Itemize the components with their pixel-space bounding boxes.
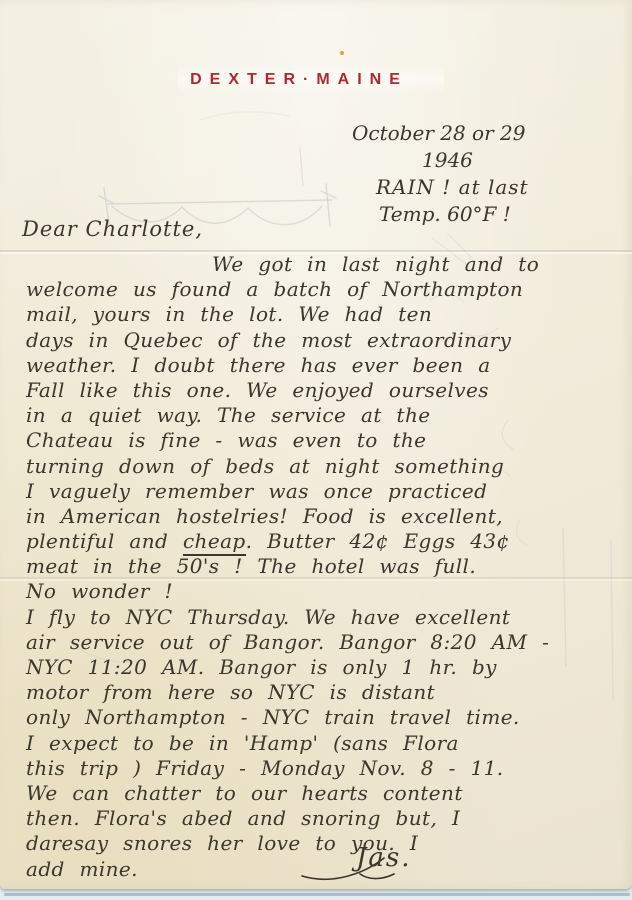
date-block: October 28 or 29 1946 RAIN ! at last Tem… bbox=[352, 120, 529, 228]
body-line: only Northampton - NYC train travel time… bbox=[26, 705, 622, 730]
body-line: We can chatter to our hearts content bbox=[26, 781, 622, 806]
paper-speck bbox=[340, 51, 344, 55]
date-line-1: October 28 or 29 bbox=[352, 120, 529, 147]
body-line: mail, yours in the lot. We had ten bbox=[26, 302, 622, 327]
body-line: Chateau is fine - was even to the bbox=[26, 428, 622, 453]
letter-body: We got in last night and to welcome us f… bbox=[26, 252, 622, 882]
letter-paper: DEXTER·MAINE October 28 or 29 1946 RAIN … bbox=[0, 0, 632, 889]
body-line: No wonder ! bbox=[26, 579, 622, 604]
scanned-letter: DEXTER·MAINE October 28 or 29 1946 RAIN … bbox=[0, 0, 632, 900]
salutation: Dear Charlotte, bbox=[22, 217, 203, 241]
temperature-note: Temp. 60°F ! bbox=[379, 201, 529, 228]
body-line: in American hostelries! Food is excellen… bbox=[26, 504, 622, 529]
body-line: then. Flora's abed and snoring but, I bbox=[26, 806, 622, 831]
underlined-word: cheap bbox=[183, 529, 246, 556]
body-line: add mine. bbox=[26, 857, 622, 882]
body-line: daresay snores her love to you. I bbox=[26, 831, 622, 856]
body-line: I fly to NYC Thursday. We have excellent bbox=[26, 605, 622, 630]
body-line: days in Quebec of the most extraordinary bbox=[26, 328, 622, 353]
body-line-cheap: plentiful and cheap. Butter 42¢ Eggs 43¢ bbox=[26, 529, 622, 554]
date-line-2: 1946 bbox=[422, 147, 529, 174]
body-line: this trip ) Friday - Monday Nov. 8 - 11. bbox=[26, 756, 622, 781]
body-line: turning down of beds at night something bbox=[26, 454, 622, 479]
letterhead-text: DEXTER·MAINE bbox=[0, 71, 632, 89]
body-line: in a quiet way. The service at the bbox=[26, 403, 622, 428]
body-line: welcome us found a batch of Northampton bbox=[26, 277, 622, 302]
body-line: I vaguely remember was once practiced bbox=[26, 479, 622, 504]
body-line: meat in the 50's ! The hotel was full. bbox=[26, 554, 622, 579]
background-table-edge bbox=[4, 893, 630, 896]
cheap-line-pre: plentiful and bbox=[26, 529, 183, 553]
body-line: motor from here so NYC is distant bbox=[26, 680, 622, 705]
weather-note: RAIN ! at last bbox=[376, 174, 529, 201]
body-line: weather. I doubt there has ever been a bbox=[26, 353, 622, 378]
signature: Jas. bbox=[356, 843, 412, 873]
body-line: Fall like this one. We enjoyed ourselves bbox=[26, 378, 622, 403]
body-line: NYC 11:20 AM. Bangor is only 1 hr. by bbox=[26, 655, 622, 680]
body-line: We got in last night and to bbox=[212, 252, 622, 277]
cheap-line-post: . Butter 42¢ Eggs 43¢ bbox=[246, 529, 510, 553]
body-line: I expect to be in 'Hamp' (sans Flora bbox=[26, 731, 622, 756]
body-line: air service out of Bangor. Bangor 8:20 A… bbox=[26, 630, 622, 655]
